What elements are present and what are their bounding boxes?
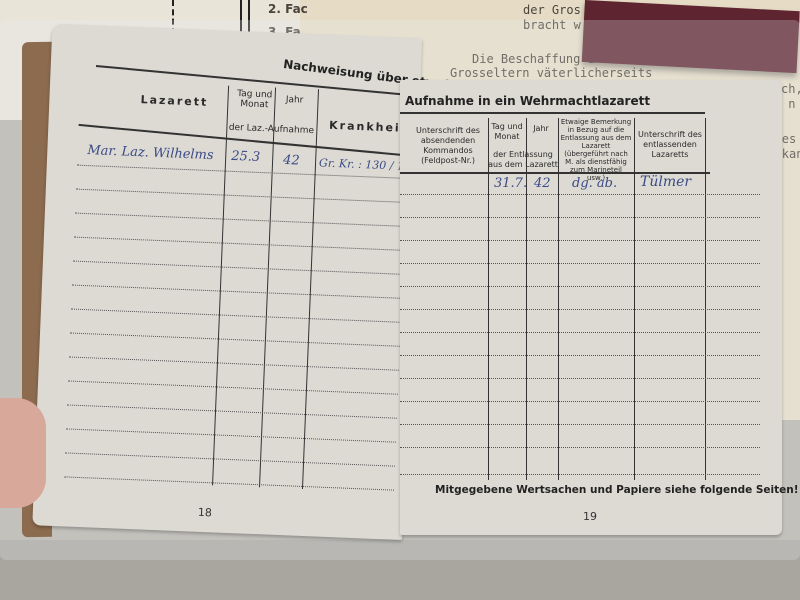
col-divider: [488, 118, 489, 480]
col-lazarett: Lazarett: [119, 94, 229, 108]
col-divider: [302, 89, 319, 489]
ruled-line: [400, 286, 760, 287]
col-divider: [259, 88, 276, 488]
ruled-line: [67, 404, 397, 418]
ruled-line: [71, 309, 401, 323]
entry-tag-monat: 25.3: [231, 149, 261, 165]
page-number-left: 18: [198, 506, 213, 520]
col-divider: [212, 86, 229, 486]
ruled-line: [76, 189, 406, 203]
col-jahr: Jahr: [526, 124, 556, 134]
thumb: [0, 398, 46, 508]
entry-lazarett: Mar. Laz. Wilhelms: [87, 143, 214, 163]
col-divider: [526, 118, 527, 480]
col-krankheit: Krankheit: [328, 121, 408, 134]
col-unterschrift-absendend: Unterschrift des absendenden Kommandos (…: [408, 126, 488, 166]
col-divider: [705, 118, 706, 480]
ruled-line: [65, 452, 395, 466]
header-rule: [400, 112, 705, 114]
ruled-line: [64, 476, 394, 490]
ruled-line: [400, 424, 760, 425]
ruled-line: [69, 356, 399, 370]
ruled-line: [70, 333, 400, 347]
ruled-line: [400, 355, 760, 356]
left-page: Nachweisung über etwaige Lazarett Tag un…: [32, 24, 422, 540]
ruled-line: [400, 240, 760, 241]
col-divider: [558, 118, 559, 480]
entry-jahr: 42: [283, 153, 300, 169]
right-page-title: Aufnahme in ein Wehrmachtlazarett: [405, 94, 650, 108]
ruled-line: [73, 261, 403, 275]
ruled-line: [400, 194, 760, 195]
right-page: Aufnahme in ein Wehrmachtlazarett Unters…: [400, 80, 782, 535]
ruled-line: [72, 285, 402, 299]
ruled-line: [74, 237, 404, 251]
page-number-right: 19: [583, 510, 597, 523]
entry-bemerkung: dg. ab.: [572, 176, 617, 191]
col-tag-monat: Tag und Monat: [488, 122, 526, 142]
ruled-line: [400, 332, 760, 333]
ruled-line: [400, 401, 760, 402]
col-jahr: Jahr: [279, 95, 309, 106]
col-unterschrift-entlassend: Unterschrift des entlassenden Lazaretts: [635, 130, 705, 160]
ruled-line: [66, 428, 396, 442]
right-page-footer: Mitgegebene Wertsachen und Papiere siehe…: [435, 484, 799, 496]
form-item-2: 2. Fac: [268, 2, 308, 16]
entry-tag-monat: 31.7.: [494, 176, 527, 191]
ruled-line: [68, 380, 398, 394]
ruled-line: [400, 217, 760, 218]
entry-unterschrift: Tülmer: [640, 174, 691, 190]
col-divider: [634, 118, 635, 480]
col-sub-aufnahme: der Laz.-Aufnahme: [226, 123, 316, 137]
ruled-line: [400, 263, 760, 264]
ruled-line: [75, 213, 405, 227]
ruled-line: [400, 474, 760, 475]
col-tag-monat: Tag und Monat: [229, 89, 280, 111]
ruled-line: [400, 378, 760, 379]
col-sub-entlassung: der Entlassung aus dem Lazarett: [488, 150, 558, 170]
typed-line: der Gros: [523, 3, 581, 17]
ruled-line: [400, 447, 760, 448]
entry-jahr: 42: [534, 176, 551, 191]
ruled-line: [400, 309, 760, 310]
